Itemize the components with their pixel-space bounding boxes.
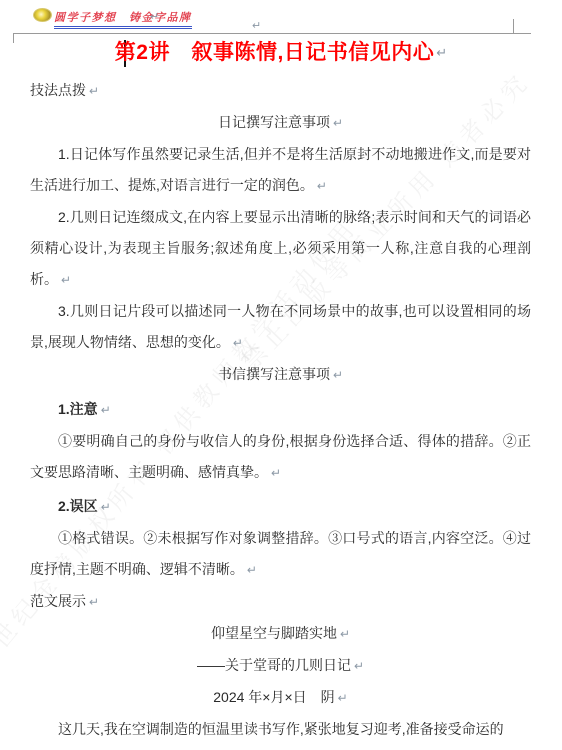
paragraph-mark-icon: ↵: [317, 179, 327, 193]
paragraph-mark-icon: ↵: [61, 273, 71, 287]
paragraph-text: 2.误区: [58, 498, 98, 514]
paragraph-text: ——关于堂哥的几则日记: [197, 657, 351, 673]
body-paragraph-truncated: 这几天,我在空调制造的恒温里读书写作,紧张地复习迎考,准备接受命运的: [30, 714, 531, 745]
header-boundary-rule: [13, 33, 531, 34]
title-row: 第2讲 叙事陈情,日记书信见内心↵: [0, 38, 562, 70]
subsection-label: 2.误区↵: [30, 491, 531, 523]
paragraph-text: 2.几则日记连缀成文,在内容上要显示出清晰的脉络;表示时间和天气的词语必须精心设…: [30, 209, 531, 287]
paragraph-text: 3.几则日记片段可以描述同一人物在不同场景中的故事,也可以设置相同的场景,展现人…: [30, 303, 531, 350]
word-document-page: 世纪金榜版权所有 仅供教师教学活动使用 禁止出版等商业所用 违者必究 圆学子梦想…: [0, 0, 562, 750]
paragraph-text: 范文展示: [30, 593, 86, 609]
paragraph-mark-icon: ↵: [333, 116, 343, 130]
essay-title: 仰望星空与脚踏实地↵: [30, 618, 531, 650]
page-title: 第2讲 叙事陈情,日记书信见内心: [115, 41, 435, 64]
paragraph-text: 日记撰写注意事项: [218, 114, 330, 130]
paragraph-text: 2024 年×月×日 阴: [213, 689, 334, 705]
paragraph-mark-icon: ↵: [252, 19, 261, 32]
brand-logo-icon: [33, 8, 52, 22]
paragraph-text: 这几天,我在空调制造的恒温里读书写作,紧张地复习迎考,准备接受命运的: [58, 721, 504, 737]
body-paragraph: 3.几则日记片段可以描述同一人物在不同场景中的故事,也可以设置相同的场景,展现人…: [30, 296, 531, 359]
section-heading: 书信撰写注意事项↵: [30, 359, 531, 391]
document-body: 技法点拨↵ 日记撰写注意事项↵ 1.日记体写作虽然要记录生活,但并不是将生活原封…: [30, 75, 531, 745]
paragraph-mark-icon: ↵: [338, 691, 348, 705]
brand-link[interactable]: 圆学子梦想 铸金字品牌: [54, 9, 192, 29]
paragraph-text: 仰望星空与脚踏实地: [211, 625, 337, 641]
paragraph-mark-icon: ↵: [436, 45, 447, 60]
paragraph-mark-icon: ↵: [150, 10, 159, 23]
paragraph-text: 技法点拨: [30, 82, 86, 98]
paragraph-mark-icon: ↵: [333, 368, 343, 382]
paragraph-mark-icon: ↵: [354, 659, 364, 673]
paragraph-mark-icon: ↵: [101, 403, 111, 417]
section-label: 范文展示↵: [30, 586, 531, 618]
paragraph-mark-icon: ↵: [89, 84, 99, 98]
body-paragraph: 2.几则日记连缀成文,在内容上要显示出清晰的脉络;表示时间和天气的词语必须精心设…: [30, 202, 531, 296]
paragraph-text: 1.注意: [58, 401, 98, 417]
paragraph-mark-icon: ↵: [271, 466, 281, 480]
paragraph-mark-icon: ↵: [247, 563, 257, 577]
section-label: 技法点拨↵: [30, 75, 531, 107]
body-paragraph: ①要明确自己的身份与收信人的身份,根据身份选择合适、得体的措辞。②正文要思路清晰…: [30, 426, 531, 489]
diary-date-line: 2024 年×月×日 阴↵: [30, 682, 531, 714]
body-paragraph: 1.日记体写作虽然要记录生活,但并不是将生活原封不动地搬进作文,而是要对生活进行…: [30, 139, 531, 202]
paragraph-text: 1.日记体写作虽然要记录生活,但并不是将生活原封不动地搬进作文,而是要对生活进行…: [30, 146, 531, 193]
paragraph-mark-icon: ↵: [89, 595, 99, 609]
paragraph-text: 书信撰写注意事项: [218, 366, 330, 382]
body-paragraph: ①格式错误。②未根据写作对象调整措辞。③口号式的语言,内容空泛。④过度抒情,主题…: [30, 523, 531, 586]
paragraph-text: ①格式错误。②未根据写作对象调整措辞。③口号式的语言,内容空泛。④过度抒情,主题…: [30, 530, 531, 577]
margin-corner-mark: [513, 19, 514, 33]
essay-subtitle: ——关于堂哥的几则日记↵: [30, 650, 531, 682]
paragraph-mark-icon: ↵: [101, 500, 111, 514]
section-heading: 日记撰写注意事项↵: [30, 107, 531, 139]
subsection-label: 1.注意↵: [30, 394, 531, 426]
paragraph-mark-icon: ↵: [233, 336, 243, 350]
paragraph-mark-icon: ↵: [340, 627, 350, 641]
